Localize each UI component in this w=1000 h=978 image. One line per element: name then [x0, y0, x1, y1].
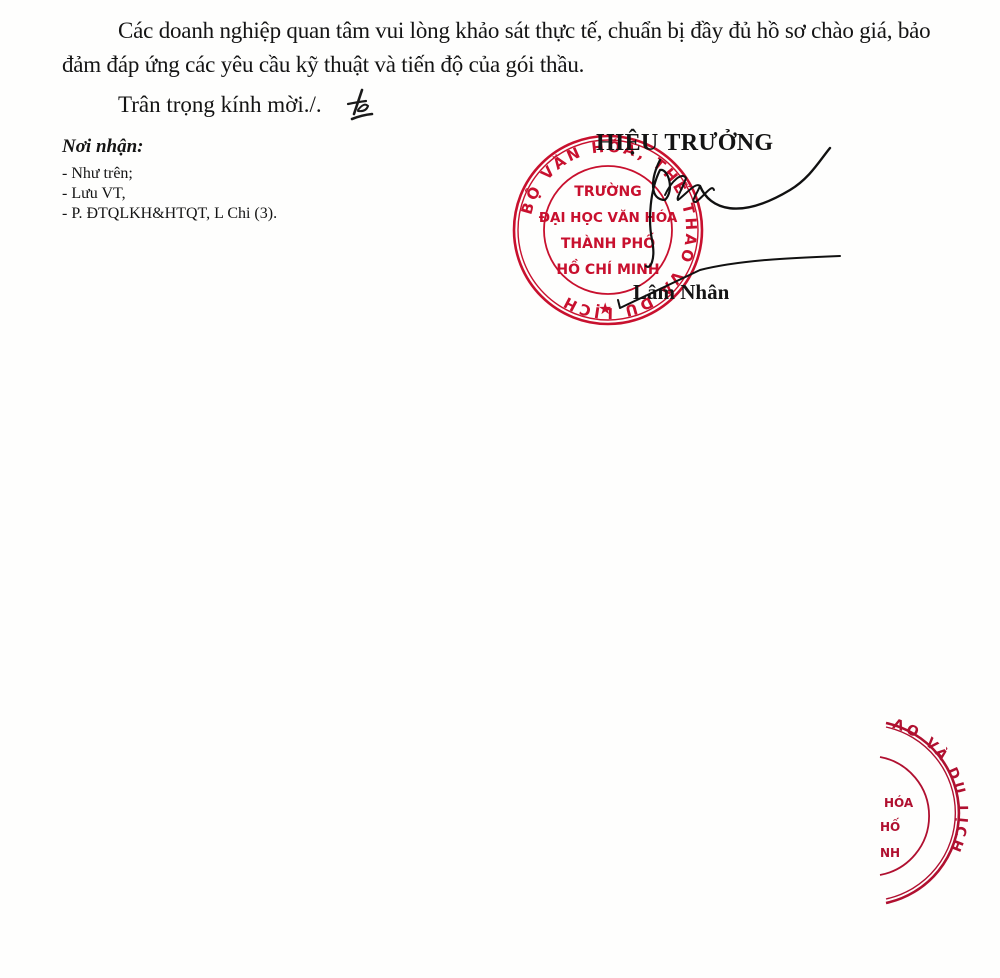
signature-block: HIỆU TRƯỞNG BỘ VĂN HÓA, THỂ THAO VÀ DU L… — [500, 120, 880, 330]
closing-line: Trân trọng kính mời./. — [118, 90, 322, 120]
svg-text:HÓA: HÓA — [884, 795, 914, 810]
document-page: Các doanh nghiệp quan tâm vui lòng khảo … — [0, 0, 1000, 978]
recipient-item: - Như trên; — [62, 164, 277, 184]
handwritten-signature-icon — [500, 120, 880, 330]
recipient-item: - P. ĐTQLKH&HTQT, L Chi (3). — [62, 204, 277, 224]
partial-stamp: AO VÀ DU LỊCH HÓA HỐ NH — [850, 715, 1000, 910]
recipient-item: - Lưu VT, — [62, 184, 277, 204]
svg-text:HỐ: HỐ — [880, 817, 900, 834]
recipients-heading: Nơi nhận: — [62, 134, 277, 160]
svg-text:NH: NH — [880, 846, 900, 860]
recipients-section: Nơi nhận: - Như trên; - Lưu VT, - P. ĐTQ… — [62, 134, 277, 224]
handwritten-initial-icon — [340, 84, 384, 124]
body-paragraph-text: Các doanh nghiệp quan tâm vui lòng khảo … — [62, 18, 930, 77]
body-paragraph: Các doanh nghiệp quan tâm vui lòng khảo … — [62, 14, 942, 82]
svg-text:AO VÀ DU LỊCH: AO VÀ DU LỊCH — [891, 716, 970, 856]
